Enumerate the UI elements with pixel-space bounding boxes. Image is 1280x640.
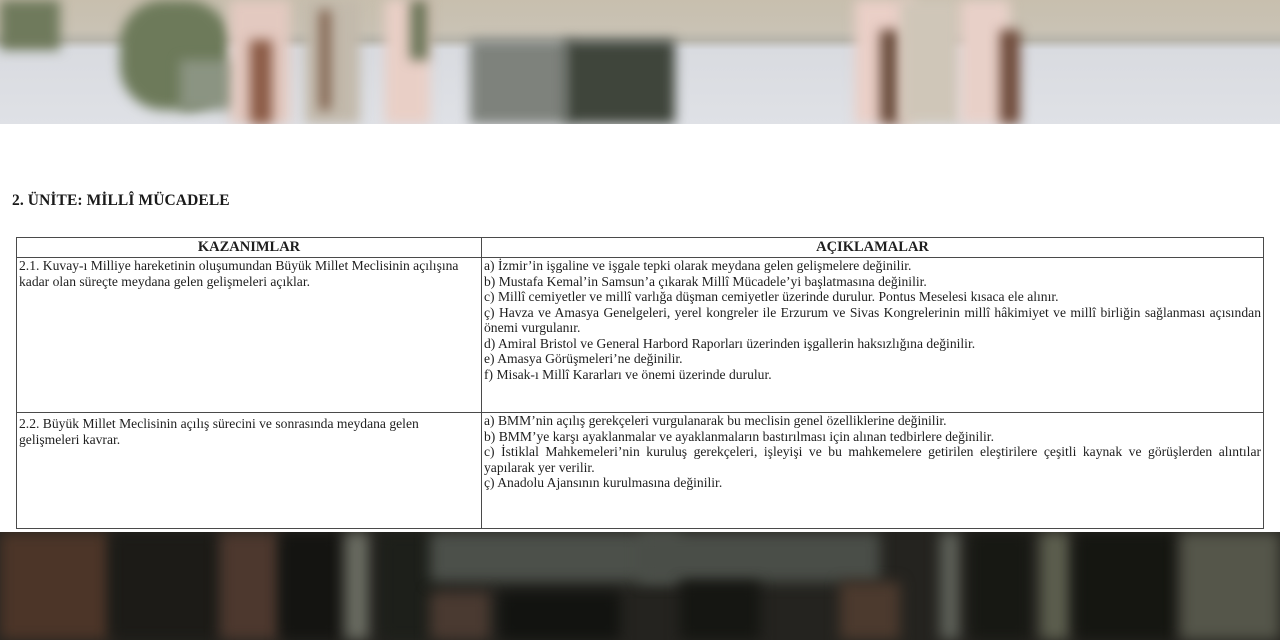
explanation-item: ç) Anadolu Ajansının kurulmasına değinil…	[484, 475, 1261, 491]
explanation-item: ç) Havza ve Amasya Genelgeleri, yerel ko…	[484, 305, 1261, 336]
header-explanations: AÇIKLAMALAR	[482, 238, 1264, 258]
explanation-item: f) Misak-ı Millî Kararları ve önemi üzer…	[484, 367, 1261, 383]
explanation-item: e) Amasya Görüşmeleri’ne değinilir.	[484, 351, 1261, 367]
explanation-item: a) BMM’nin açılış gerekçeleri vurgulanar…	[484, 413, 1261, 429]
explanation-item: c) Millî cemiyetler ve millî varlığa düş…	[484, 289, 1261, 305]
table-header-row: KAZANIMLAR AÇIKLAMALAR	[17, 238, 1264, 258]
header-outcomes: KAZANIMLAR	[17, 238, 482, 258]
explanations-cell: a) BMM’nin açılış gerekçeleri vurgulanar…	[482, 413, 1264, 529]
outcomes-table: KAZANIMLAR AÇIKLAMALAR 2.1. Kuvay-ı Mill…	[16, 237, 1264, 529]
explanation-item: d) Amiral Bristol ve General Harbord Rap…	[484, 336, 1261, 352]
background-photo-top	[0, 0, 1280, 124]
outcome-cell: 2.2. Büyük Millet Meclisinin açılış süre…	[17, 413, 482, 529]
table-row: 2.1. Kuvay-ı Milliye hareketinin oluşumu…	[17, 258, 1264, 413]
outcome-cell: 2.1. Kuvay-ı Milliye hareketinin oluşumu…	[17, 258, 482, 413]
explanation-item: a) İzmir’in işgaline ve işgale tepki ola…	[484, 258, 1261, 274]
explanation-item: b) Mustafa Kemal’in Samsun’a çıkarak Mil…	[484, 274, 1261, 290]
explanation-item: c) İstiklal Mahkemeleri’nin kuruluş gere…	[484, 444, 1261, 475]
table-row: 2.2. Büyük Millet Meclisinin açılış süre…	[17, 413, 1264, 529]
background-photo-bottom	[0, 532, 1280, 640]
explanations-cell: a) İzmir’in işgaline ve işgale tepki ola…	[482, 258, 1264, 413]
explanation-item: b) BMM’ye karşı ayaklanmalar ve ayaklanm…	[484, 429, 1261, 445]
unit-title: 2. ÜNİTE: MİLLÎ MÜCADELE	[12, 192, 230, 210]
